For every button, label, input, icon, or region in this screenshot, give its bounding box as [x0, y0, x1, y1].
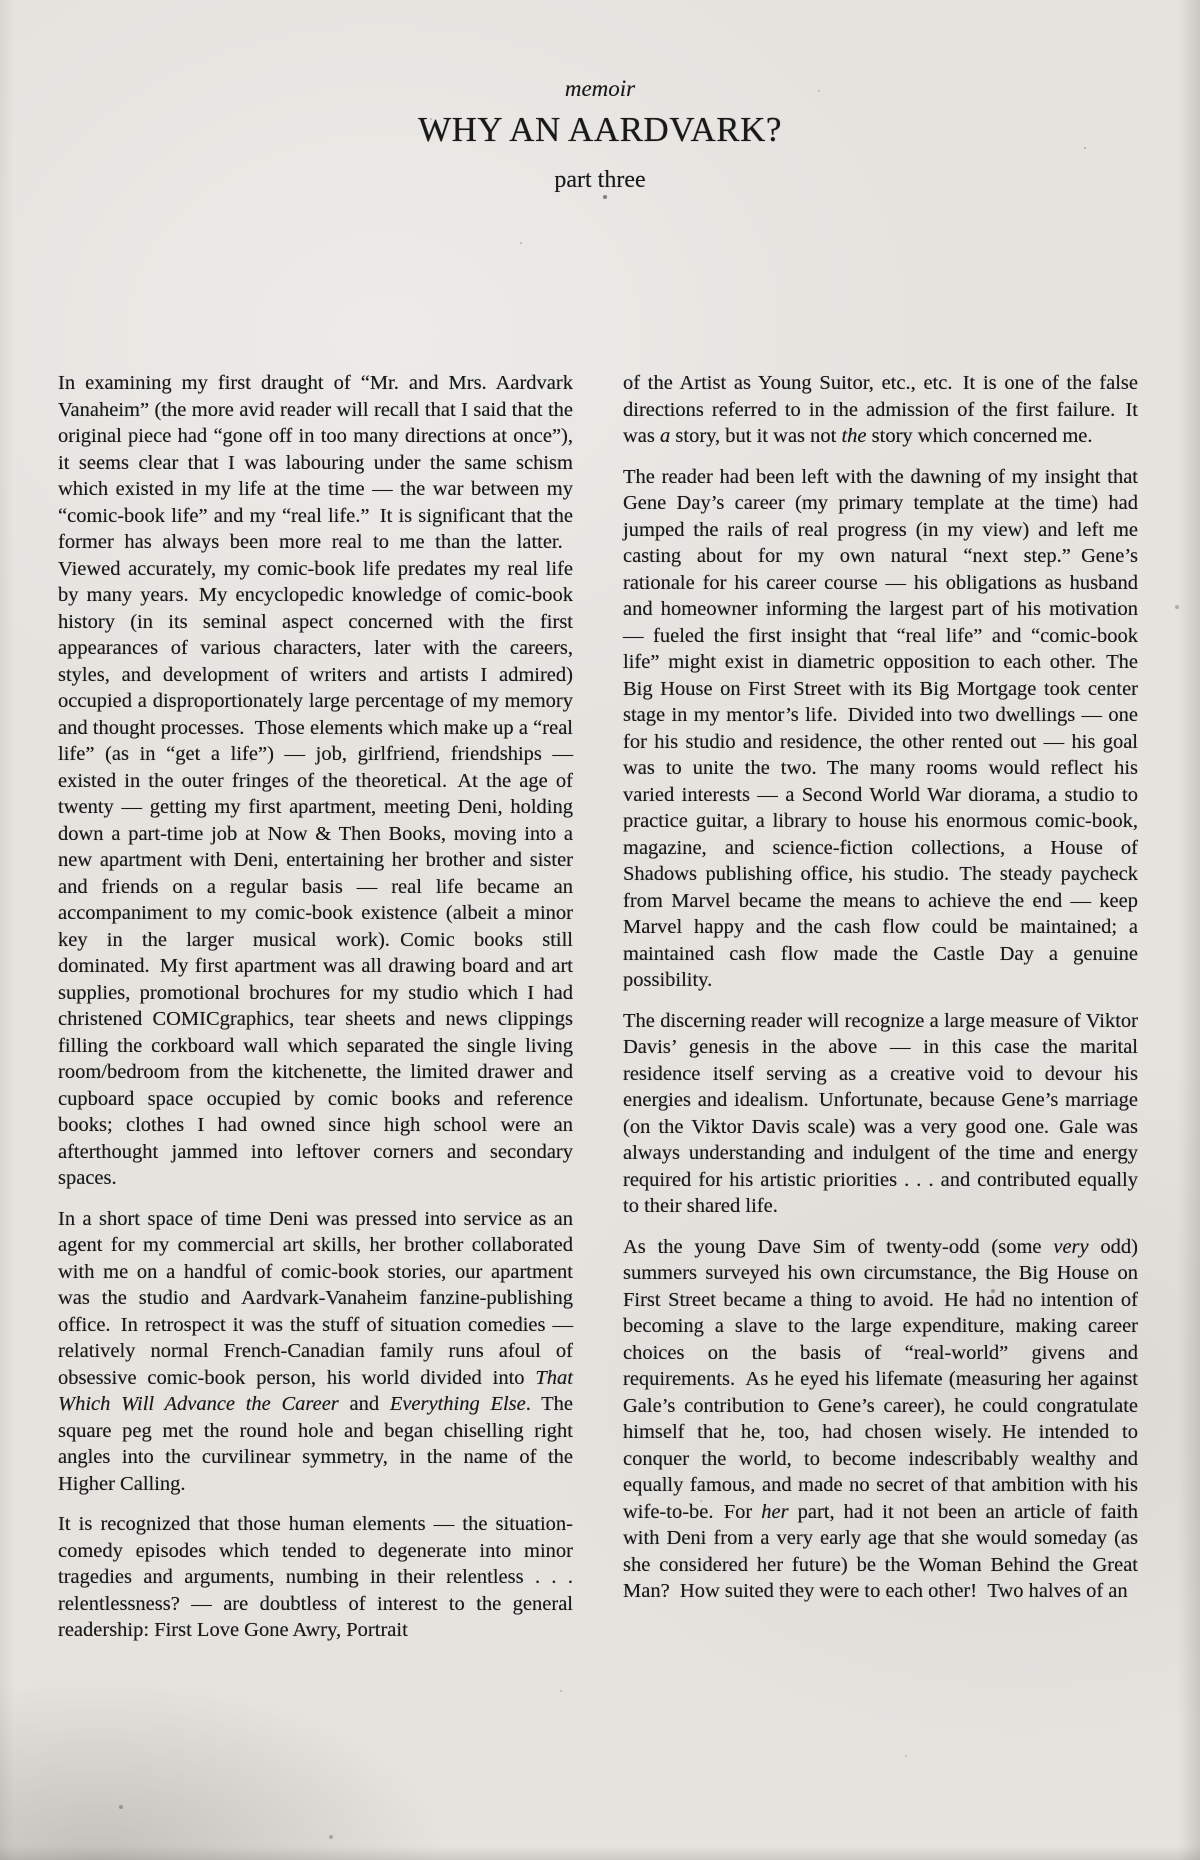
left-column: In examining my first draught of “Mr. an… — [58, 370, 573, 1644]
article-body: In examining my first draught of “Mr. an… — [58, 370, 1200, 1644]
page-title: WHY AN AARDVARK? — [0, 111, 1200, 150]
paragraph: It is recognized that those human elemen… — [58, 1511, 573, 1644]
paragraph: of the Artist as Young Suitor, etc., etc… — [623, 370, 1138, 450]
paragraph: In a short space of time Deni was presse… — [58, 1206, 573, 1498]
right-column: of the Artist as Young Suitor, etc., etc… — [623, 370, 1138, 1644]
section-kicker: memoir — [0, 76, 1200, 101]
paragraph: The discerning reader will recognize a l… — [623, 1008, 1138, 1220]
paragraph: In examining my first draught of “Mr. an… — [58, 370, 573, 1192]
paragraph: As the young Dave Sim of twenty-odd (som… — [623, 1234, 1138, 1605]
paragraph: The reader had been left with the dawnin… — [623, 464, 1138, 994]
scanned-memoir-page: memoir WHY AN AARDVARK? part three In ex… — [0, 0, 1200, 1860]
title-block: memoir WHY AN AARDVARK? part three — [0, 0, 1200, 193]
part-subtitle: part three — [0, 167, 1200, 193]
